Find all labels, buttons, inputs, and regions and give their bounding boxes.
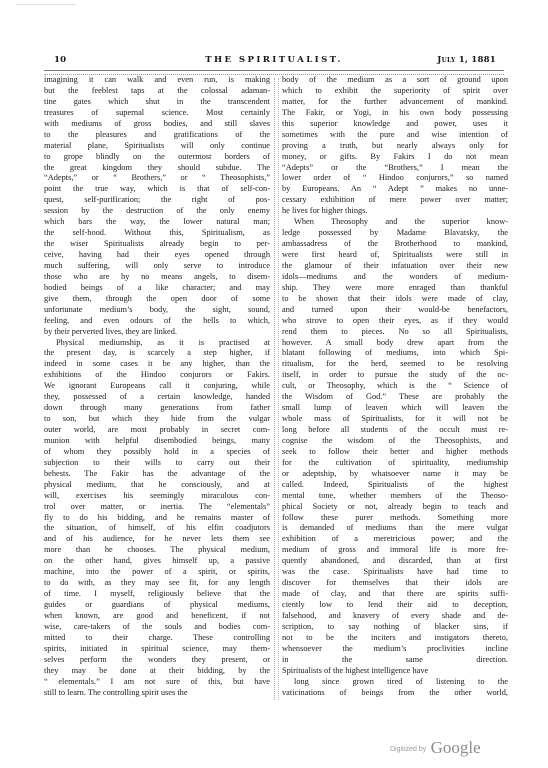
text-line: “Adepts,” or “ Brothers,” or “ Theosophi… xyxy=(44,173,270,184)
text-line: more than he chooses. The physical mediu… xyxy=(44,545,270,556)
text-line: was the case. Spiritualists have had tim… xyxy=(282,567,508,578)
text-line: for the cultivation of spirituality, med… xyxy=(282,458,508,469)
text-line: The Fakir, or Yogi, in his own body poss… xyxy=(282,108,508,119)
text-line: Physical mediumship, as it is practised … xyxy=(44,338,270,349)
text-line: of time. I myself, religiously believe t… xyxy=(44,589,270,600)
text-line: quently abandoned, and discarded, than a… xyxy=(282,556,508,567)
text-line: machine, into the power of a spirit, or … xyxy=(44,567,270,578)
text-line: which bars the way, the lower natural ma… xyxy=(44,217,270,228)
text-line: on the other hand, gives himself up, a p… xyxy=(44,556,270,567)
text-line: and of his audience, for he never lets t… xyxy=(44,534,270,545)
text-line: by Europeans. An “ Adept ” makes no unne… xyxy=(282,184,508,195)
text-line: they, possessed of a certain knowledge, … xyxy=(44,392,270,403)
text-line: mitted to their charge. These controllin… xyxy=(44,633,270,644)
text-line: who strove to open their eyes, as if the… xyxy=(282,316,508,327)
text-line: the Wisdom of God.” These are probably t… xyxy=(282,392,508,403)
text-line: selves perform the wonders they present,… xyxy=(44,655,270,666)
text-line: is demanded of mediums than the mere vul… xyxy=(282,523,508,534)
text-line: trol over matter, or inertia. The “eleme… xyxy=(44,502,270,513)
text-line: material plane, Spiritualists will only … xyxy=(44,141,270,152)
text-line: the self-hood. Without this, Spiritualis… xyxy=(44,228,270,239)
text-line: which to exhibit the superiority of spir… xyxy=(282,86,508,97)
text-line: indeed in some cases it be any higher, t… xyxy=(44,359,270,370)
text-line: called. Indeed, Spiritualists of the hig… xyxy=(282,480,508,491)
text-line: Spiritualists of the highest intelligenc… xyxy=(282,666,508,677)
text-line: cult, or Theosophy, which is the “ Scien… xyxy=(282,381,508,392)
text-line: ciently low to lend their aid to decepti… xyxy=(282,600,508,611)
text-line: itself, in order to pursue the study of … xyxy=(282,370,508,381)
text-line: spirits, initiated in spiritual science,… xyxy=(44,644,270,655)
text-line: ledge possessed by Madame Blavatsky, the xyxy=(282,228,508,239)
text-line: not to be the inciters and instigators t… xyxy=(282,633,508,644)
text-line: sometimes with the pure and wise intenti… xyxy=(282,130,508,141)
text-line: tine gates which shut in the transcenden… xyxy=(44,97,270,108)
text-line: guides or guardians of physical mediums, xyxy=(44,600,270,611)
text-line: when known, are good and beneficent, if … xyxy=(44,611,270,622)
text-line: the wiser Spiritualists already begin to… xyxy=(44,239,270,250)
text-line: mental tone, whether members of the Theo… xyxy=(282,491,508,502)
text-line: to be shown that their idols were made o… xyxy=(282,294,508,305)
text-line: with mediums of gross bodies, and still … xyxy=(44,119,270,130)
text-line: long since grown tired of listening to t… xyxy=(282,677,508,688)
text-line: blatant following of mediums, into which… xyxy=(282,348,508,359)
text-line: give them, through the open door of some xyxy=(44,294,270,305)
text-line: munion with helpful disembodied beings, … xyxy=(44,436,270,447)
text-line: When Theosophy and the superior know- xyxy=(282,217,508,228)
text-line: fly to do his bidding, and he remains ma… xyxy=(44,513,270,524)
text-line: subjection to their wills to carry out t… xyxy=(44,458,270,469)
text-line: falsehood, and knavery of every shade an… xyxy=(282,611,508,622)
text-line: those who are by no means angels, to dis… xyxy=(44,272,270,283)
text-line: but the feeblest taps at the colossal ad… xyxy=(44,86,270,97)
text-line: scription, to say nothing of blacker sin… xyxy=(282,622,508,633)
text-line: imagining it can walk and even run, is m… xyxy=(44,75,270,86)
text-line: point the true way, which is that of sel… xyxy=(44,184,270,195)
text-line: lower order of “ Hindoo conjurors,” so n… xyxy=(282,173,508,184)
text-line: money, or gifts. By Fakirs I do not mean xyxy=(282,152,508,163)
text-line: in the same direction. xyxy=(282,655,508,666)
text-line: vaticinations of beings from the other w… xyxy=(282,688,508,699)
text-line: will, exercises his seemingly miraculous… xyxy=(44,491,270,502)
text-line: unfortunate medium’s body, the sight, so… xyxy=(44,305,270,316)
text-line: We ignorant Europeans call it conjuring,… xyxy=(44,381,270,392)
text-line: down through many generations from fathe… xyxy=(44,403,270,414)
text-line: exhibitions of the Hindoo conjurors or F… xyxy=(44,370,270,381)
text-line: however. A small body drew apart from th… xyxy=(282,338,508,349)
left-column: imagining it can walk and even run, is m… xyxy=(44,75,270,698)
text-line: “ elementals.” I am not sure of this, bu… xyxy=(44,677,270,688)
text-line: matter, for the further advancement of m… xyxy=(282,97,508,108)
text-line: they may be done at their bidding, by th… xyxy=(44,666,270,677)
text-line: ship. They were more enraged than thankf… xyxy=(282,283,508,294)
text-line: long before all students of the occult m… xyxy=(282,425,508,436)
text-line: cessary exhibition of mere power over ma… xyxy=(282,195,508,206)
text-line: or adeptship, by whatsoever name it may … xyxy=(282,469,508,480)
text-line: seek to follow their better and higher m… xyxy=(282,447,508,458)
text-line: “Adepts” or the “Brothers,” I mean the xyxy=(282,163,508,174)
text-line: cognise the wisdom of the Theosophists, … xyxy=(282,436,508,447)
text-line: ceive, having had their eyes opened thro… xyxy=(44,250,270,261)
text-line: the great kingdom they should subdue. Th… xyxy=(44,163,270,174)
digitized-by-google-watermark: Digitized by Google xyxy=(390,738,481,758)
text-line: wise, care-takers of the souls and bodie… xyxy=(44,622,270,633)
text-line: the glamour of their infatuation over th… xyxy=(282,261,508,272)
text-line: follow these purer methods. Something mo… xyxy=(282,513,508,524)
scan-artifact xyxy=(16,4,76,23)
text-line: exhibition of a meretricious power; and … xyxy=(282,534,508,545)
issue-date: July 1, 1881 xyxy=(437,55,496,65)
text-line: proving a truth, but nearly always only … xyxy=(282,141,508,152)
text-line: by their perverted lives, they are linke… xyxy=(44,327,270,338)
text-line: to son, but which they hide from the vul… xyxy=(44,414,270,425)
text-line: of whom they possibly hold in a species … xyxy=(44,447,270,458)
text-line: were first heard of, Spiritualists were … xyxy=(282,250,508,261)
text-line: whole mass of Spiritualists, for it will… xyxy=(282,414,508,425)
text-line: the situation, of himself, of his elfin … xyxy=(44,523,270,534)
text-line: physical medium, that he consciously, an… xyxy=(44,480,270,491)
page-header: 10 THE SPIRITUALIST. July 1, 1881 xyxy=(44,55,504,69)
text-line: bodied beings of a like character; and m… xyxy=(44,283,270,294)
text-line: discover for themselves that their idols… xyxy=(282,578,508,589)
text-line: ambassadress of the Brotherhood to manki… xyxy=(282,239,508,250)
text-line: the present day, is scarcely a step high… xyxy=(44,348,270,359)
column-divider xyxy=(274,78,279,700)
text-line: quest, self-purification; the right of p… xyxy=(44,195,270,206)
text-line: and turned upon their would-be benefacto… xyxy=(282,305,508,316)
text-line: much suffering, will only serve to intro… xyxy=(44,261,270,272)
text-line: to do with, as they may see fit, for any… xyxy=(44,578,270,589)
text-line: phical Society or not, already begin to … xyxy=(282,502,508,513)
text-line: ritualism, for the herd, seemed to be re… xyxy=(282,359,508,370)
text-line: medium of gross and immoral life is more… xyxy=(282,545,508,556)
text-line: feeling, and even odours of the hells to… xyxy=(44,316,270,327)
text-line: treasures of supernal science. Most cert… xyxy=(44,108,270,119)
text-line: body of the medium as a sort of ground u… xyxy=(282,75,508,86)
text-line: outer world, are most probably in secret… xyxy=(44,425,270,436)
watermark-prefix: Digitized by xyxy=(390,746,426,753)
text-line: idols—mediums and the wonders of medium- xyxy=(282,272,508,283)
text-line: this superior knowledge and power, uses … xyxy=(282,119,508,130)
text-line: rend them to pieces. No so all Spiritual… xyxy=(282,327,508,338)
text-line: session by the destruction of the only e… xyxy=(44,206,270,217)
text-line: made of clay, and that there are spirits… xyxy=(282,589,508,600)
google-logo: Google xyxy=(431,738,481,757)
text-line: behests. The Fakir has the advantage of … xyxy=(44,469,270,480)
journal-title: THE SPIRITUALIST. xyxy=(44,55,504,65)
text-line: he lives for higher things. xyxy=(282,206,508,217)
right-column: body of the medium as a sort of ground u… xyxy=(282,75,508,698)
text-line: whensoever the medium’s proclivities inc… xyxy=(282,644,508,655)
text-line: small lump of leaven which will leaven t… xyxy=(282,403,508,414)
text-line: still to learn. The controlling spirit u… xyxy=(44,688,270,699)
text-line: to the pleasures and gratifications of t… xyxy=(44,130,270,141)
text-line: to grope blindly on the outermost border… xyxy=(44,152,270,163)
